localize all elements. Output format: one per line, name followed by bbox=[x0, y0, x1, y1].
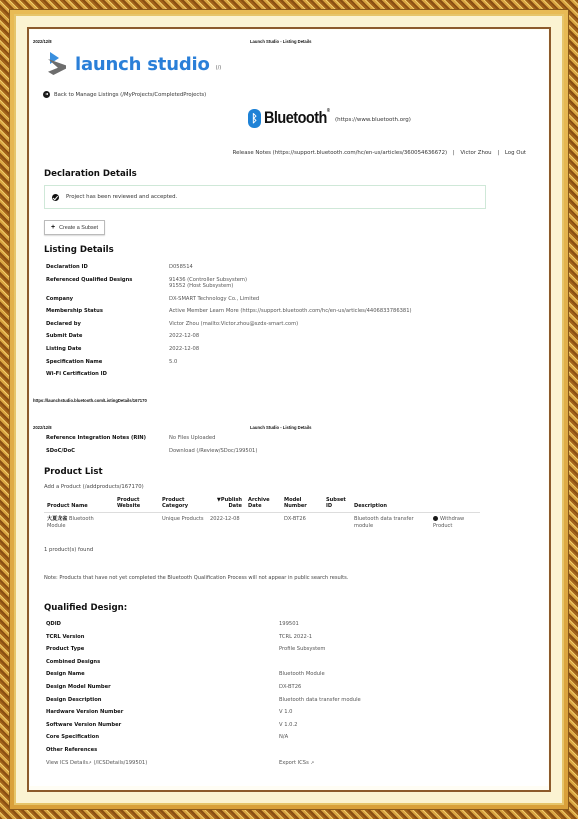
detail-row: Software Version NumberV 1.0.2 bbox=[46, 722, 361, 729]
print-date: 2022/12/8 bbox=[33, 425, 52, 430]
col-product-name[interactable]: Product Name bbox=[44, 497, 114, 513]
detail-row: Submit Date2022-12-08 bbox=[46, 333, 412, 340]
detail-row: Declaration IDD058514 bbox=[46, 264, 412, 271]
external-link-icon: ↗ bbox=[310, 761, 314, 766]
plus-icon: + bbox=[51, 224, 55, 231]
detail-row: Membership StatusActive Member Learn Mor… bbox=[46, 308, 412, 315]
create-subset-button[interactable]: + Create a Subset bbox=[44, 220, 105, 235]
listing-details-list: Declaration IDD058514 Referenced Qualifi… bbox=[46, 264, 412, 384]
product-category: Unique Products bbox=[159, 513, 207, 533]
col-description[interactable]: Description bbox=[351, 497, 430, 513]
product-name-cn: 大夏龙雀 bbox=[47, 516, 67, 522]
detail-row: Specification Name5.0 bbox=[46, 359, 412, 366]
launch-studio-logo-icon bbox=[48, 52, 70, 76]
product-name: 大夏龙雀 Bluetooth Module bbox=[44, 513, 114, 533]
bluetooth-url: (https://www.bluetooth.org) bbox=[335, 117, 411, 123]
col-model-number[interactable]: Model Number bbox=[281, 497, 323, 513]
detail-row: Hardware Version NumberV 1.0 bbox=[46, 709, 361, 716]
print-title: Launch Studio - Listing Details bbox=[250, 425, 311, 430]
detail-row: Wi-Fi Certification ID bbox=[46, 371, 412, 378]
product-website bbox=[114, 513, 159, 533]
declarer-email-link[interactable]: Victor Zhou (mailto:Victor.zhou@szdx-sma… bbox=[169, 321, 298, 328]
listing-details-continued: Reference Integration Notes (RIN)No File… bbox=[46, 435, 257, 460]
logo-text: launch studio bbox=[75, 54, 210, 75]
detail-row: Combined Designs bbox=[46, 659, 361, 666]
detail-row: Design DescriptionBluetooth data transfe… bbox=[46, 697, 361, 704]
status-alert: Project has been reviewed and accepted. bbox=[44, 185, 486, 209]
launch-studio-logo-link[interactable]: launch studio (/) bbox=[48, 52, 221, 76]
qualified-design-link[interactable]: 91552 (Host Subsystem) bbox=[169, 283, 233, 289]
withdraw-icon bbox=[433, 516, 438, 521]
detail-row: Design NameBluetooth Module bbox=[46, 671, 361, 678]
detail-row: Declared byVictor Zhou (mailto:Victor.zh… bbox=[46, 321, 412, 328]
export-ics-link[interactable]: Export ICSs ↗ bbox=[279, 760, 314, 767]
view-ics-details-link[interactable]: View ICS Details↗ (/ICSDetails/199501) bbox=[46, 760, 279, 767]
detail-row: Reference Integration Notes (RIN)No File… bbox=[46, 435, 257, 442]
sdoc-download-link[interactable]: Download (/Review/SDoc/199501) bbox=[169, 448, 257, 455]
product-archive-date bbox=[245, 513, 281, 533]
detail-row: TCRL VersionTCRL 2022-1 bbox=[46, 634, 361, 641]
detail-row: CompanyDX-SMART Technology Co., Limited bbox=[46, 296, 412, 303]
product-note: Note: Products that have not yet complet… bbox=[44, 575, 348, 581]
product-publish-date: 2022-12-08 bbox=[207, 513, 245, 533]
detail-row: Design Model NumberDX-BT26 bbox=[46, 684, 361, 691]
back-arrow-icon bbox=[43, 91, 50, 98]
nav-separator: | bbox=[497, 150, 499, 156]
product-table: Product Name Product Website Product Cat… bbox=[44, 497, 480, 532]
release-notes-link[interactable]: Release Notes (https://support.bluetooth… bbox=[233, 150, 448, 156]
detail-row: Listing Date2022-12-08 bbox=[46, 346, 412, 353]
table-header-row: Product Name Product Website Product Cat… bbox=[44, 497, 480, 513]
create-subset-label: Create a Subset bbox=[59, 225, 98, 231]
product-description: Bluetooth data transfer module bbox=[351, 513, 430, 533]
log-out-link[interactable]: Log Out bbox=[505, 150, 526, 156]
detail-row: QDID199501 bbox=[46, 621, 361, 628]
print-date: 2022/12/8 bbox=[33, 39, 52, 44]
qualified-design-list: QDID199501 TCRL VersionTCRL 2022-1 Produ… bbox=[46, 621, 361, 772]
print-footer-url: https://launchstudio.bluetooth.com/Listi… bbox=[33, 398, 147, 403]
detail-row: SDoC/DoCDownload (/Review/SDoc/199501) bbox=[46, 448, 257, 455]
product-subset-id bbox=[323, 513, 351, 533]
bluetooth-logo-link[interactable]: ᛒ Bluetooth® (https://www.bluetooth.org) bbox=[248, 108, 411, 128]
detail-row: Other References bbox=[46, 747, 361, 754]
printed-page: 2022/12/8 Launch Studio - Listing Detail… bbox=[30, 30, 548, 786]
back-to-manage-listings-link[interactable]: Back to Manage Listings (/MyProjects/Com… bbox=[43, 91, 206, 98]
product-list-heading: Product List bbox=[44, 467, 103, 477]
user-name-link[interactable]: Victor Zhou bbox=[460, 150, 491, 156]
col-product-category[interactable]: Product Category bbox=[159, 497, 207, 513]
col-actions bbox=[430, 497, 480, 513]
col-subset-id[interactable]: Subset ID bbox=[323, 497, 351, 513]
top-nav: Release Notes (https://support.bluetooth… bbox=[233, 150, 526, 156]
logo-url: (/) bbox=[216, 65, 222, 71]
bluetooth-rune-icon: ᛒ bbox=[248, 109, 261, 128]
col-publish-date[interactable]: ▼Publish Date bbox=[207, 497, 245, 513]
qualified-design-link[interactable]: 91436 (Controller Subsystem) bbox=[169, 277, 247, 283]
detail-row: View ICS Details↗ (/ICSDetails/199501) E… bbox=[46, 760, 361, 767]
qualified-design-heading: Qualified Design: bbox=[44, 603, 127, 613]
learn-more-link[interactable]: Active Member Learn More (https://suppor… bbox=[169, 308, 412, 315]
col-product-website[interactable]: Product Website bbox=[114, 497, 159, 513]
col-archive-date[interactable]: Archive Date bbox=[245, 497, 281, 513]
detail-row: Referenced Qualified Designs91436 (Contr… bbox=[46, 277, 412, 290]
alert-text: Project has been reviewed and accepted. bbox=[66, 194, 177, 200]
listing-details-heading: Listing Details bbox=[44, 245, 114, 255]
print-title: Launch Studio - Listing Details bbox=[250, 39, 311, 44]
nav-separator: | bbox=[453, 150, 455, 156]
check-circle-icon bbox=[52, 194, 59, 201]
back-link-text: Back to Manage Listings (/MyProjects/Com… bbox=[54, 92, 206, 98]
add-product-link[interactable]: Add a Product (/addproducts/167170) bbox=[44, 484, 144, 490]
withdraw-product-button[interactable]: Withdraw Product bbox=[430, 513, 480, 533]
detail-row: Product TypeProfile Subsystem bbox=[46, 646, 361, 653]
external-link-icon: ↗ bbox=[88, 761, 92, 766]
product-model-number: DX-BT26 bbox=[281, 513, 323, 533]
product-count: 1 product(s) found bbox=[44, 547, 93, 553]
detail-row: Core SpecificationN/A bbox=[46, 734, 361, 741]
table-row: 大夏龙雀 Bluetooth Module Unique Products 20… bbox=[44, 513, 480, 533]
bluetooth-wordmark: Bluetooth® bbox=[264, 108, 329, 128]
declaration-details-heading: Declaration Details bbox=[44, 169, 137, 179]
